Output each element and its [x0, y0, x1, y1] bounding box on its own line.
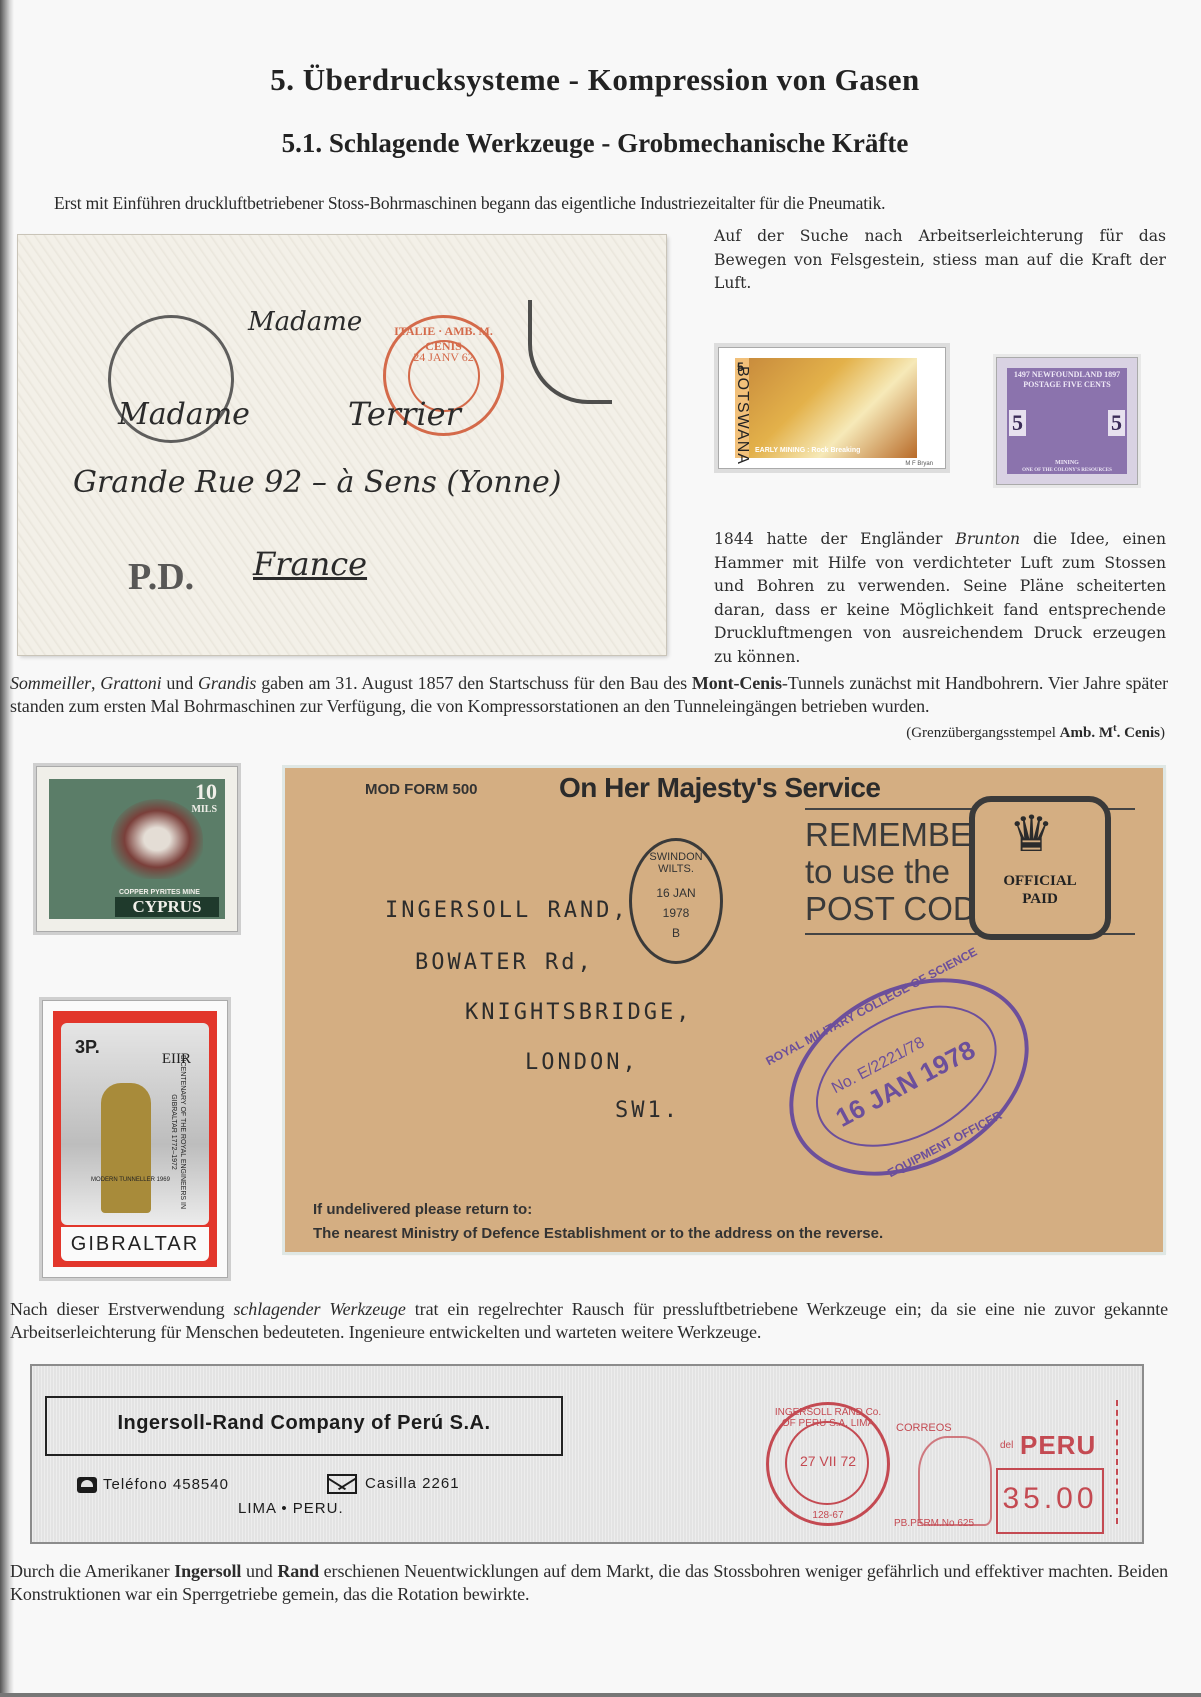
- paragraph-mont-cenis: Sommeiller, Grattoni und Grandis gaben a…: [10, 672, 1168, 718]
- po-box-line: Casilla 2261: [327, 1474, 460, 1494]
- stamp-cyprus: 10MILS COPPER PYRITES MINE CYPRUS: [36, 766, 238, 932]
- meter-date: 27 VII 72: [769, 1453, 887, 1469]
- stamp-value: 3P.: [75, 1037, 100, 1058]
- phone-line: Teléfono 458540: [77, 1476, 229, 1493]
- correos-label: CORREOS: [896, 1422, 952, 1434]
- handwritten-name: Terrier: [348, 395, 461, 433]
- address-line-1: INGERSOLL RAND,: [385, 898, 629, 923]
- pen-mark: [528, 300, 612, 404]
- meter-circle: INGERSOLL RAND Co. OF PERU S.A. LIMA 27 …: [766, 1402, 890, 1526]
- ohms-header: On Her Majesty's Service: [559, 772, 881, 804]
- envelope-icon: [327, 1474, 357, 1494]
- stamp-value-left: 5: [1009, 410, 1026, 436]
- cover-1862-letter: ITALIE · AMB. M. CENIS 24 JANV 62 Madame…: [18, 235, 666, 655]
- bird-emblem-icon: [918, 1436, 992, 1526]
- return-instructions: If undelivered please return to: The nea…: [313, 1198, 883, 1246]
- company-name: Ingersoll-Rand Company of Perú S.A.: [47, 1412, 561, 1435]
- city-line: LIMA • PERU.: [238, 1500, 344, 1517]
- stamp-value: 10MILS: [191, 783, 217, 819]
- intro-text: Erst mit Einführen druckluftbetriebener …: [54, 193, 885, 214]
- address-line-3: KNIGHTSBRIDGE,: [465, 1000, 692, 1025]
- paragraph-brunton: 1844 hatte der Engländer Brunton die Ide…: [714, 528, 1166, 669]
- peru-label: PERU: [1020, 1430, 1096, 1461]
- red-cancel-date: 24 JANV 62: [386, 350, 501, 364]
- stamp-country: GIBRALTAR: [61, 1227, 209, 1261]
- cancel-note: (Grenzübergangsstempel Amb. Mt. Cenis): [906, 722, 1165, 742]
- franking-meter: INGERSOLL RAND Co. OF PERU S.A. LIMA 27 …: [744, 1396, 1134, 1532]
- page-binding-shadow: [0, 0, 14, 1697]
- stamp-newfoundland: 1497 NEWFOUNDLAND 1897 POSTAGE FIVE CENT…: [996, 357, 1138, 485]
- mod-form-label: MOD FORM 500: [365, 781, 478, 798]
- pd-marking: P.D.: [128, 555, 194, 599]
- company-box: Ingersoll-Rand Company of Perú S.A.: [45, 1396, 563, 1456]
- stamp-designer: M F Bryan: [905, 461, 933, 467]
- telephone-icon: [77, 1477, 97, 1493]
- cover-ohms-1978: MOD FORM 500 On Her Majesty's Service SW…: [285, 768, 1163, 1252]
- stamp-side-text: BICENTENARY OF THE ROYAL ENGINEERS IN GI…: [169, 1047, 187, 1217]
- meter-value: 35.00: [998, 1482, 1102, 1516]
- paragraph-ingersoll-rand: Durch die Amerikaner Ingersoll und Rand …: [10, 1560, 1168, 1606]
- page-bottom-edge: [0, 1693, 1201, 1697]
- stamp-country: CYPRUS: [115, 897, 219, 917]
- stamp-caption-2: ONE OF THE COLONY'S RESOURCES: [1007, 468, 1127, 473]
- paragraph-rock: Auf der Suche nach Arbeitserleichterung …: [714, 225, 1166, 296]
- stamp-caption: EARLY MINING : Rock Breaking: [755, 447, 860, 454]
- stamp-caption: COPPER PYRITES MINE: [119, 889, 200, 896]
- swindon-postmark: SWINDON WILTS. 16 JAN1978B: [629, 838, 723, 964]
- stamp-value-right: 5: [1108, 410, 1125, 436]
- stamp-caption: MINING: [1007, 460, 1127, 466]
- handwritten-address: Grande Rue 92 – à Sens (Yonne): [73, 465, 562, 500]
- address-line-5: SW1.: [615, 1098, 680, 1123]
- stamp-country: 1497 NEWFOUNDLAND 1897: [1007, 370, 1127, 379]
- crown-icon: ♛: [1009, 806, 1054, 862]
- section-subtitle: 5.1. Schlagende Werkzeuge - Grobmechanis…: [0, 128, 1190, 159]
- stamp-country: BOTSWANA: [733, 366, 751, 456]
- cover-peru-meter: Ingersoll-Rand Company of Perú S.A. Telé…: [32, 1366, 1142, 1542]
- handwritten-madame-2: Madame: [118, 397, 250, 432]
- stamp-botswana: 5 BOTSWANA EARLY MINING : Rock Breaking …: [718, 347, 946, 469]
- stamp-postage-line: POSTAGE FIVE CENTS: [1007, 380, 1127, 389]
- stamp-gibraltar: 3P. EIIR BICENTENARY OF THE ROYAL ENGINE…: [42, 1000, 228, 1278]
- paragraph-tools: Nach dieser Erstverwendung schlagender W…: [10, 1298, 1168, 1344]
- address-line-4: LONDON,: [525, 1050, 639, 1075]
- official-paid-stamp: ♛ OFFICIALPAID: [969, 796, 1111, 940]
- meter-value-box: 35.00: [996, 1468, 1104, 1534]
- handwritten-country: France: [253, 545, 367, 583]
- stamp-caption: MODERN TUNNELLER 1969: [91, 1177, 170, 1183]
- handwritten-madame-1: Madame: [248, 307, 362, 337]
- rmcs-oval-cachet: ROYAL MILITARY COLLEGE OF SCIENCE No. E/…: [755, 939, 1063, 1215]
- address-line-2: BOWATER Rd,: [415, 950, 594, 975]
- page-title: 5. Überdrucksysteme - Kompression von Ga…: [0, 62, 1190, 98]
- permit-number: PB.PERM.No 625: [894, 1518, 974, 1529]
